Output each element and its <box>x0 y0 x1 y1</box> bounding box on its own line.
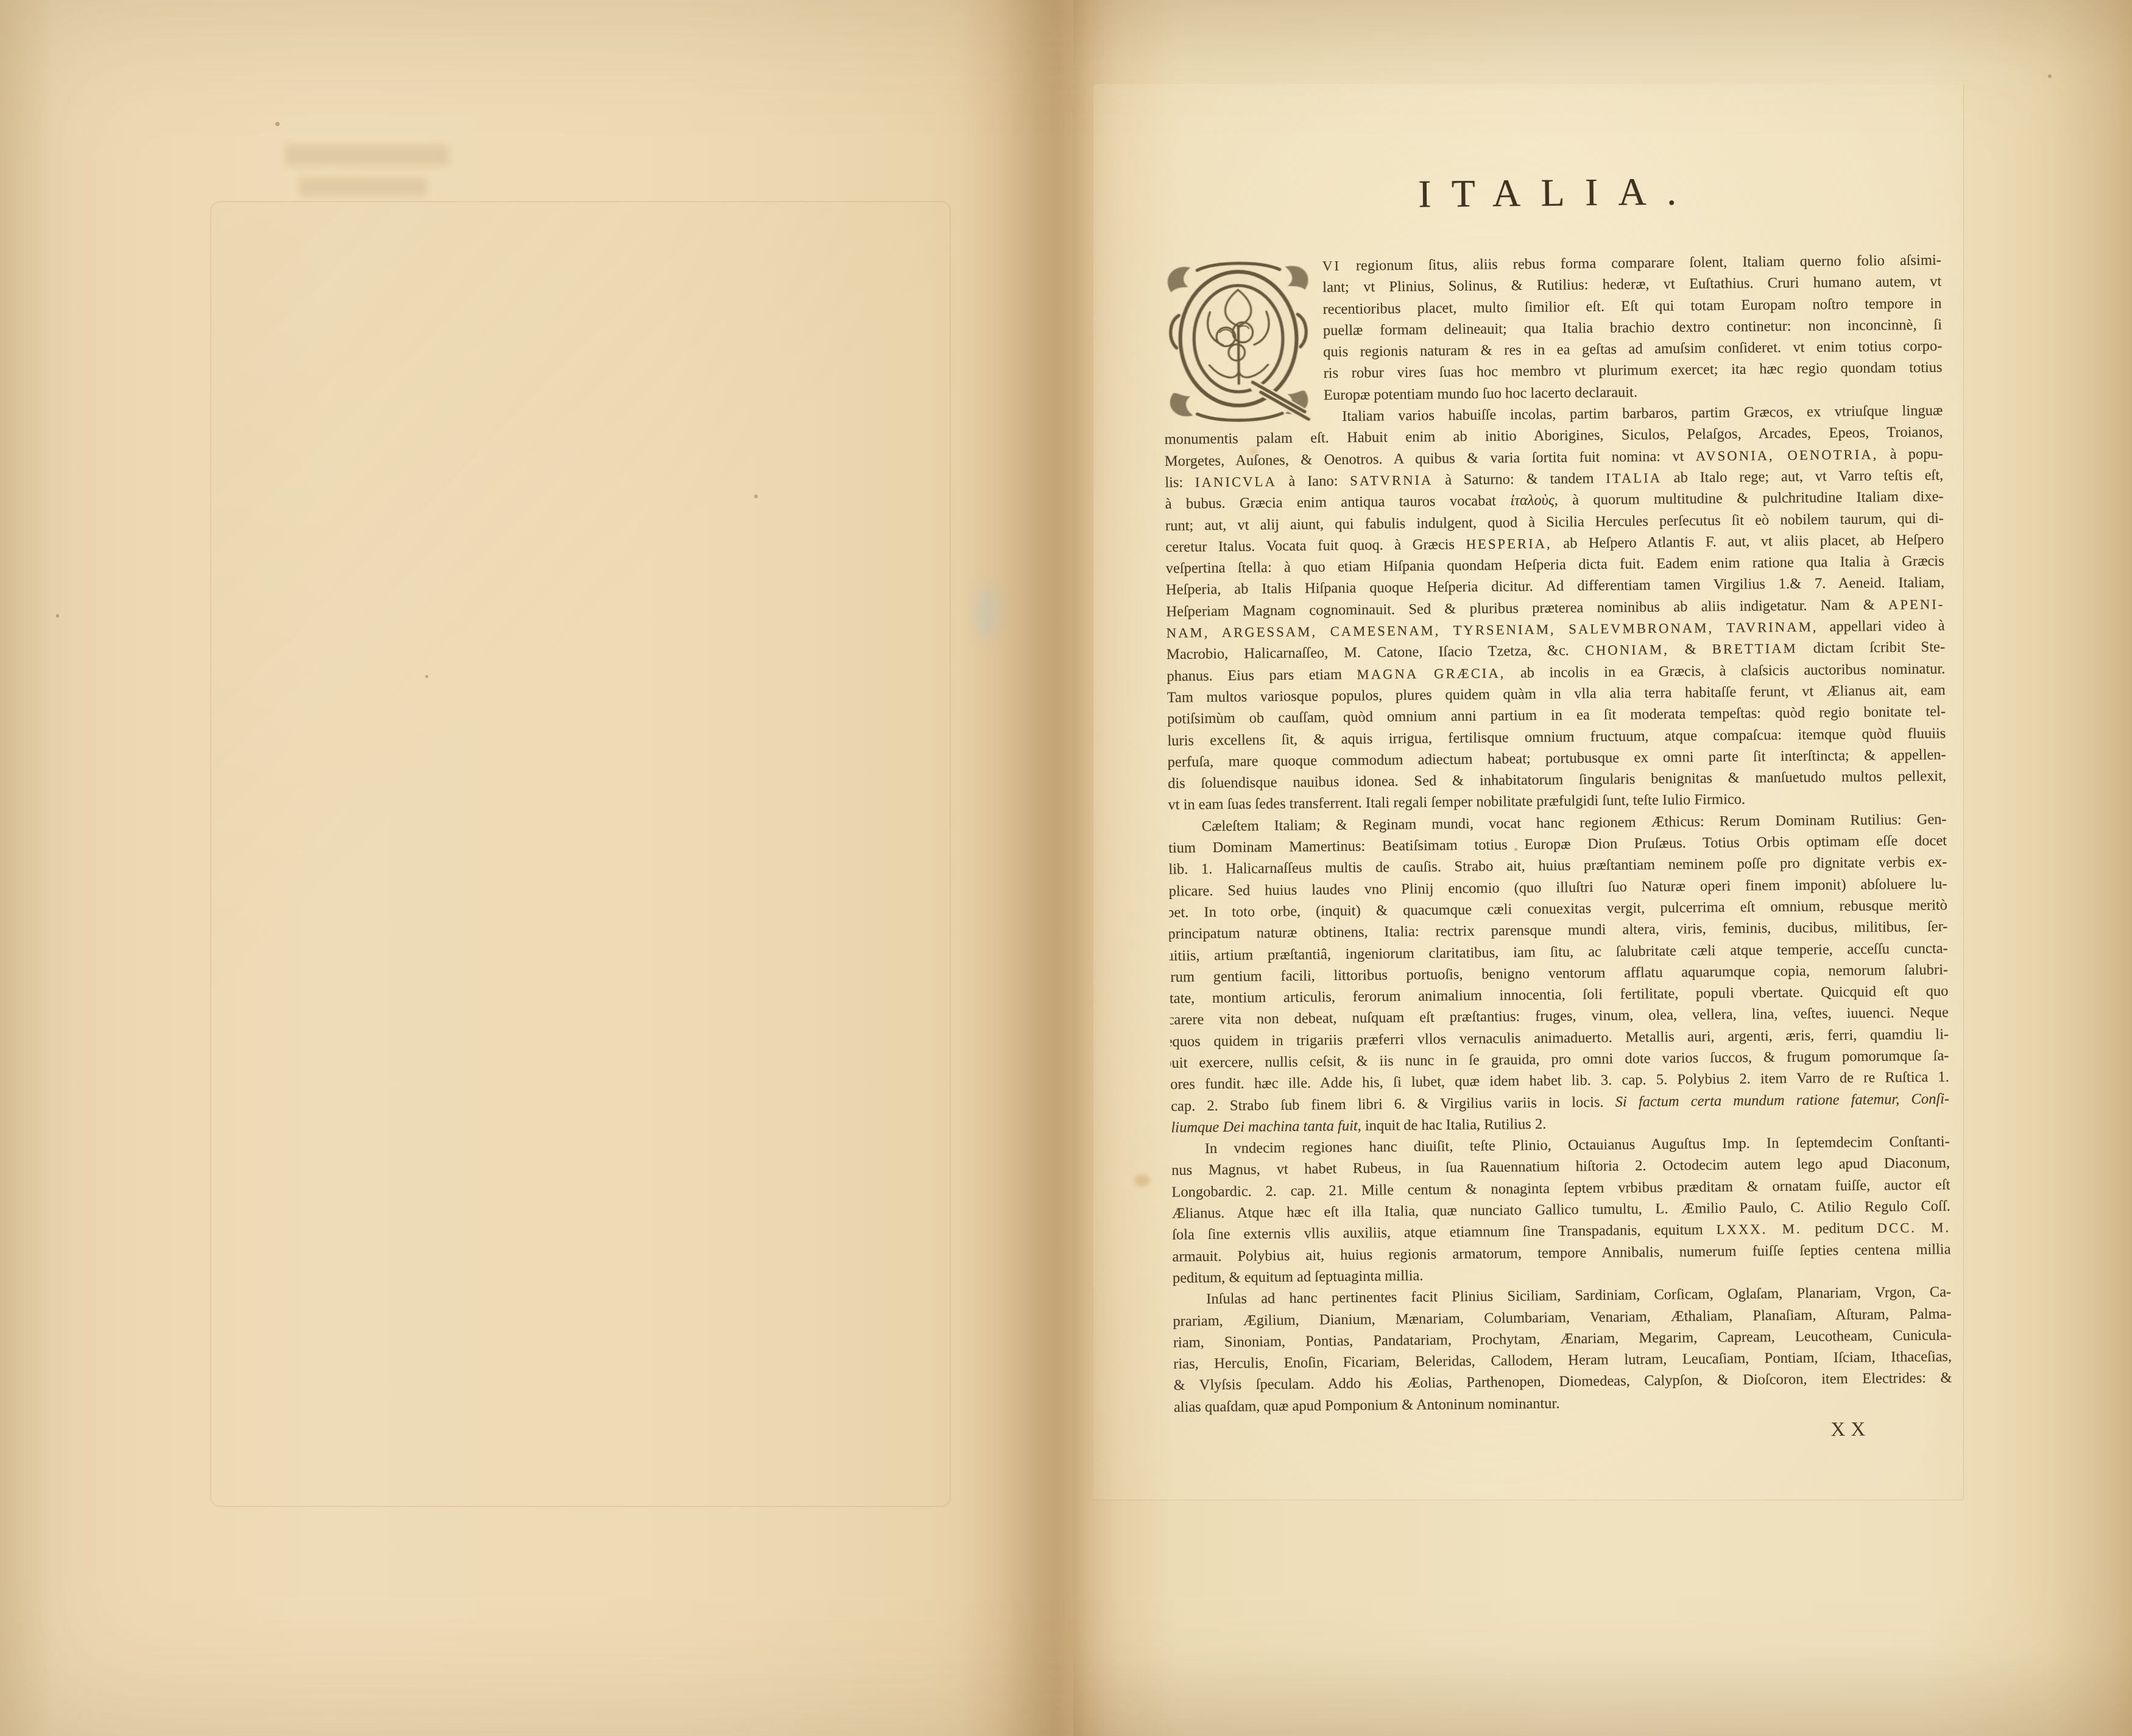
paragraph: Inſulas ad hanc pertinentes facit Pliniu… <box>1173 1282 1952 1418</box>
page-title: ITALIA. <box>1122 166 1993 220</box>
text-page-content: ITALIA. <box>1088 80 1971 1504</box>
show-through-plate-mark <box>210 201 951 1507</box>
paragraph: In vndecim regiones hanc diuiſit, teſte … <box>1171 1131 1951 1289</box>
drop-cap-initial-q: Q <box>1157 258 1321 425</box>
foxing-speck <box>275 122 280 126</box>
body-text: Q VI regionum ſitus, aliis rebus forma c… <box>1163 249 1952 1417</box>
paragraph: Cæleſtem Italiam; & Reginam mundi, vocat… <box>1168 808 1950 1138</box>
book-spread-scan: ITALIA. <box>0 0 2132 1736</box>
foxing-speck <box>425 675 428 678</box>
show-through-text <box>300 178 426 196</box>
show-through-text <box>285 145 448 166</box>
foxing-speck <box>754 495 758 498</box>
foxing-speck <box>56 614 59 618</box>
foxing-speck <box>2048 74 2052 78</box>
paragraph: Italiam varios habuiſſe incolas, partim … <box>1164 400 1946 816</box>
page-number: XX <box>1830 1419 1871 1442</box>
